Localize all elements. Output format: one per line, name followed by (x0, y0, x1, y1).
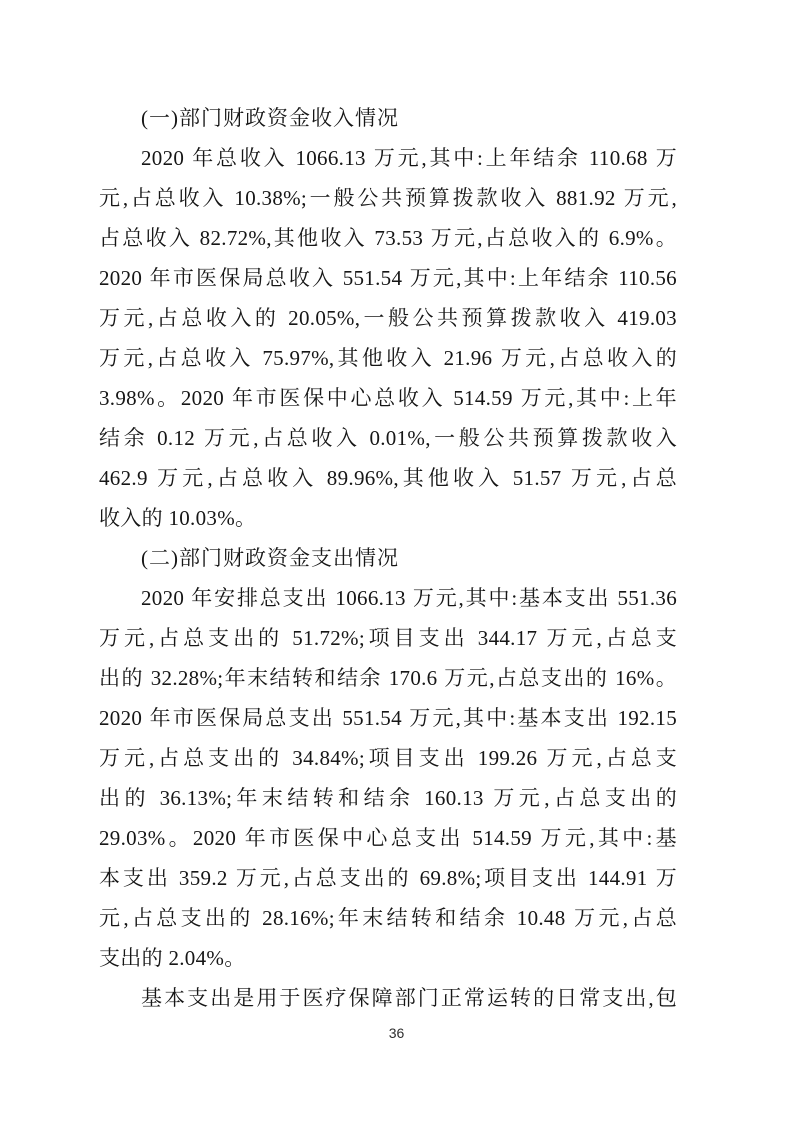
income-paragraph-line: 收入的 10.03%。 (99, 498, 677, 538)
expense-paragraph-line: 万元,占总支出的 51.72%;项目支出 344.17 万元,占总支 (99, 618, 677, 658)
expense-paragraph-line: 出的 36.13%;年末结转和结余 160.13 万元,占总支出的 (99, 778, 677, 818)
income-paragraph-line: 结余 0.12 万元,占总收入 0.01%,一般公共预算拨款收入 (99, 418, 677, 458)
expense-paragraph-line: 2020 年安排总支出 1066.13 万元,其中:基本支出 551.36 (99, 578, 677, 618)
page-number: 36 (0, 1024, 793, 1042)
section-heading-income: (一)部门财政资金收入情况 (99, 98, 677, 138)
income-paragraph-line: 占总收入 82.72%,其他收入 73.53 万元,占总收入的 6.9%。 (99, 218, 677, 258)
income-paragraph-line: 3.98%。2020 年市医保中心总收入 514.59 万元,其中:上年 (99, 378, 677, 418)
expense-paragraph-line: 出的 32.28%;年末结转和结余 170.6 万元,占总支出的 16%。 (99, 658, 677, 698)
expense-paragraph-line: 29.03%。2020 年市医保中心总支出 514.59 万元,其中:基 (99, 818, 677, 858)
document-content: (一)部门财政资金收入情况 2020 年总收入 1066.13 万元,其中:上年… (99, 98, 677, 1018)
income-paragraph-line: 2020 年市医保局总收入 551.54 万元,其中:上年结余 110.56 (99, 258, 677, 298)
income-paragraph-line: 万元,占总收入的 20.05%,一般公共预算拨款收入 419.03 (99, 298, 677, 338)
income-paragraph-line: 2020 年总收入 1066.13 万元,其中:上年结余 110.68 万 (99, 138, 677, 178)
expense-paragraph-line: 2020 年市医保局总支出 551.54 万元,其中:基本支出 192.15 (99, 698, 677, 738)
expense-paragraph-line: 本支出 359.2 万元,占总支出的 69.8%;项目支出 144.91 万 (99, 858, 677, 898)
expense-paragraph-line: 万元,占总支出的 34.84%;项目支出 199.26 万元,占总支 (99, 738, 677, 778)
expense-paragraph-line: 支出的 2.04%。 (99, 938, 677, 978)
income-paragraph-line: 462.9 万元,占总收入 89.96%,其他收入 51.57 万元,占总 (99, 458, 677, 498)
section-heading-expense: (二)部门财政资金支出情况 (99, 538, 677, 578)
expense-paragraph-line: 元,占总支出的 28.16%;年末结转和结余 10.48 万元,占总 (99, 898, 677, 938)
income-paragraph-line: 万元,占总收入 75.97%,其他收入 21.96 万元,占总收入的 (99, 338, 677, 378)
income-paragraph-line: 元,占总收入 10.38%;一般公共预算拨款收入 881.92 万元, (99, 178, 677, 218)
basic-note-paragraph-line: 基本支出是用于医疗保障部门正常运转的日常支出,包 (99, 978, 677, 1018)
document-page: (一)部门财政资金收入情况 2020 年总收入 1066.13 万元,其中:上年… (0, 0, 793, 1122)
